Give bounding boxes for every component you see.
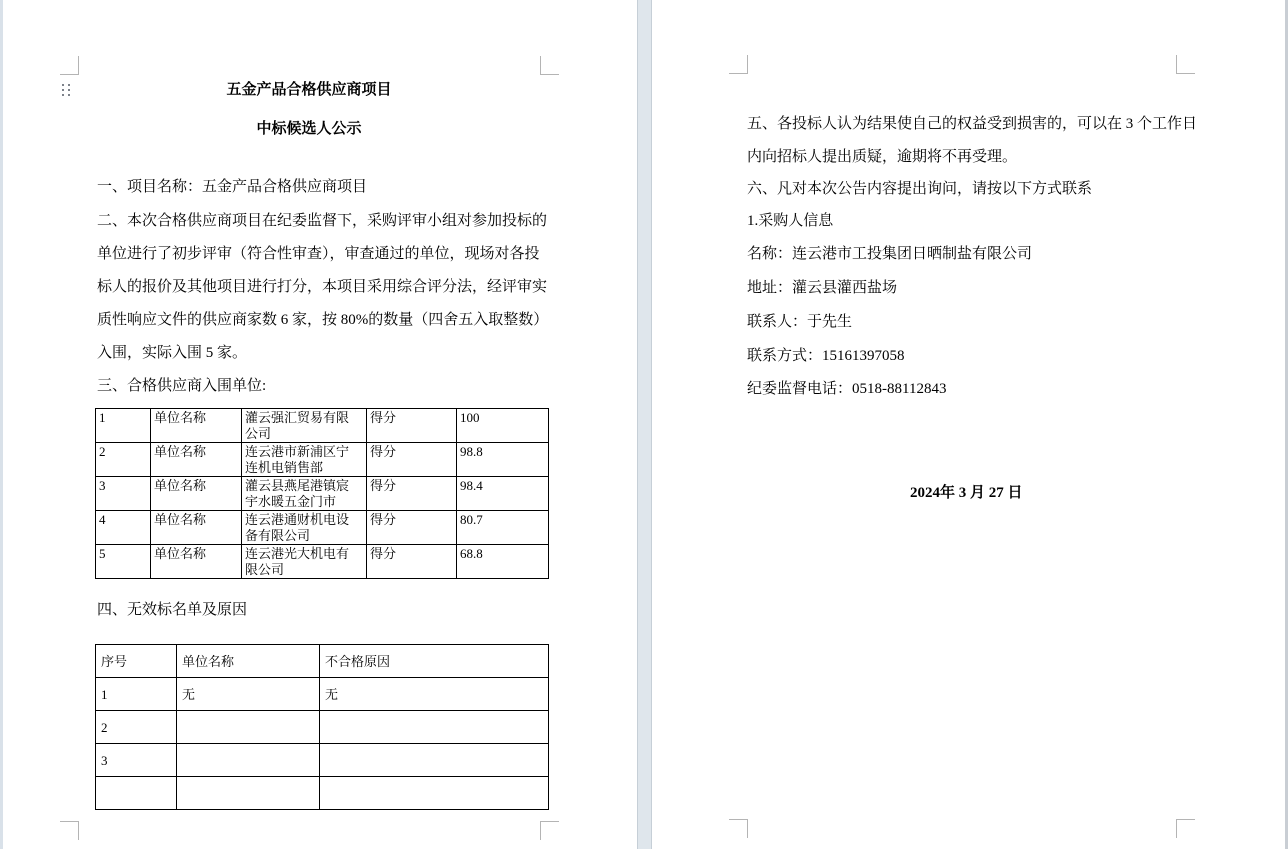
- table-cell: 单位名称: [151, 545, 242, 579]
- table-cell: 1: [96, 409, 151, 443]
- body-line: 五、各投标人认为结果使自己的权益受到损害的，可以在 3 个工作日: [747, 116, 1197, 133]
- table-cell: 单位名称: [151, 477, 242, 511]
- body-line: 质性响应文件的供应商家数 6 家，按 80%的数量（四舍五入取整数）: [97, 312, 548, 329]
- body-line: 联系方式：15161397058: [747, 348, 905, 365]
- table-cell: [320, 711, 549, 744]
- body-line: 纪委监督电话：0518-88112843: [747, 381, 946, 398]
- table-cell: 单位名称: [151, 443, 242, 477]
- body-line: 单位进行了初步评审（符合性审查），审查通过的单位，现场对各投: [97, 246, 540, 263]
- table-cell: 2: [96, 443, 151, 477]
- margin-mark-top-right: [1176, 55, 1195, 74]
- table-row: 1 无 无: [96, 678, 549, 711]
- table-cell: 得分: [367, 511, 457, 545]
- table-cell: 得分: [367, 409, 457, 443]
- table-row: 4 单位名称 连云港通财机电设备有限公司 得分 80.7: [96, 511, 549, 545]
- table-cell: [96, 777, 177, 810]
- table-row: [96, 777, 549, 810]
- table-row: 3 单位名称 灌云县燕尾港镇宸宇水暖五金门市 得分 98.4: [96, 477, 549, 511]
- document-title-line-2: 中标候选人公示: [78, 121, 540, 138]
- table-cell: 连云港市新浦区宁连机电销售部: [242, 443, 367, 477]
- table-header-cell: 不合格原因: [320, 645, 549, 678]
- margin-mark-bottom-left: [729, 819, 748, 838]
- table-cell: [177, 711, 320, 744]
- page-2[interactable]: 五、各投标人认为结果使自己的权益受到损害的，可以在 3 个工作日 内向招标人提出…: [652, 0, 1285, 849]
- table-cell: 连云港通财机电设备有限公司: [242, 511, 367, 545]
- qualified-suppliers-table: 1 单位名称 灌云强汇贸易有限公司 得分 100 2 单位名称 连云港市新浦区宁…: [95, 408, 549, 579]
- table-row: 3: [96, 744, 549, 777]
- margin-mark-top-right: [540, 56, 559, 75]
- table-row: 2 单位名称 连云港市新浦区宁连机电销售部 得分 98.8: [96, 443, 549, 477]
- table-cell: 连云港光大机电有限公司: [242, 545, 367, 579]
- invalid-bids-table: 序号 单位名称 不合格原因 1 无 无 2 3: [95, 644, 549, 810]
- table-cell: 得分: [367, 545, 457, 579]
- body-line: 一、项目名称：五金产品合格供应商项目: [97, 179, 367, 196]
- body-line: 标人的报价及其他项目进行打分，本项目采用综合评分法，经评审实: [97, 279, 547, 296]
- table-cell: [320, 777, 549, 810]
- table-cell: 单位名称: [151, 511, 242, 545]
- table-cell: [177, 744, 320, 777]
- table-cell: 5: [96, 545, 151, 579]
- drag-handle-icon[interactable]: [62, 84, 70, 97]
- table-cell: 98.4: [457, 477, 549, 511]
- table-cell: [320, 744, 549, 777]
- margin-mark-bottom-right: [540, 821, 559, 840]
- table-cell: 68.8: [457, 545, 549, 579]
- table-cell: 3: [96, 477, 151, 511]
- section-heading-invalid: 四、无效标名单及原因: [97, 602, 247, 619]
- section-heading-qualified: 三、合格供应商入围单位:: [97, 378, 266, 395]
- table-cell: 1: [96, 678, 177, 711]
- table-header-row: 序号 单位名称 不合格原因: [96, 645, 549, 678]
- table-cell: 无: [177, 678, 320, 711]
- body-line: 名称：连云港市工投集团日晒制盐有限公司: [747, 246, 1032, 263]
- table-cell: 98.8: [457, 443, 549, 477]
- margin-mark-bottom-right: [1176, 819, 1195, 838]
- table-cell: 4: [96, 511, 151, 545]
- page-gap: [637, 0, 652, 849]
- table-cell: 单位名称: [151, 409, 242, 443]
- body-line: 入围，实际入围 5 家。: [97, 345, 247, 362]
- document-title-line-1: 五金产品合格供应商项目: [78, 82, 540, 99]
- table-cell: 3: [96, 744, 177, 777]
- table-cell: 得分: [367, 443, 457, 477]
- page-1[interactable]: 五金产品合格供应商项目 中标候选人公示 一、项目名称：五金产品合格供应商项目 二…: [3, 0, 637, 849]
- body-line: 地址：灌云县灌西盐场: [747, 280, 897, 297]
- body-line: 1.采购人信息: [747, 213, 833, 230]
- table-row: 1 单位名称 灌云强汇贸易有限公司 得分 100: [96, 409, 549, 443]
- margin-mark-bottom-left: [60, 821, 79, 840]
- margin-mark-top-left: [729, 55, 748, 74]
- document-canvas: 五金产品合格供应商项目 中标候选人公示 一、项目名称：五金产品合格供应商项目 二…: [0, 0, 1288, 849]
- table-cell: 100: [457, 409, 549, 443]
- table-row: 2: [96, 711, 549, 744]
- body-line: 联系人：于先生: [747, 314, 852, 331]
- table-header-cell: 单位名称: [177, 645, 320, 678]
- table-cell: 灌云强汇贸易有限公司: [242, 409, 367, 443]
- table-row: 5 单位名称 连云港光大机电有限公司 得分 68.8: [96, 545, 549, 579]
- table-cell: [177, 777, 320, 810]
- table-cell: 灌云县燕尾港镇宸宇水暖五金门市: [242, 477, 367, 511]
- table-cell: 80.7: [457, 511, 549, 545]
- table-header-cell: 序号: [96, 645, 177, 678]
- body-line: 二、本次合格供应商项目在纪委监督下，采购评审小组对参加投标的: [97, 213, 547, 230]
- document-date: 2024年 3 月 27 日: [910, 481, 1023, 502]
- table-cell: 2: [96, 711, 177, 744]
- table-cell: 得分: [367, 477, 457, 511]
- table-cell: 无: [320, 678, 549, 711]
- margin-mark-top-left: [60, 56, 79, 75]
- body-line: 内向招标人提出质疑，逾期将不再受理。: [747, 149, 1017, 166]
- body-line: 六、凡对本次公告内容提出询问，请按以下方式联系: [747, 181, 1092, 198]
